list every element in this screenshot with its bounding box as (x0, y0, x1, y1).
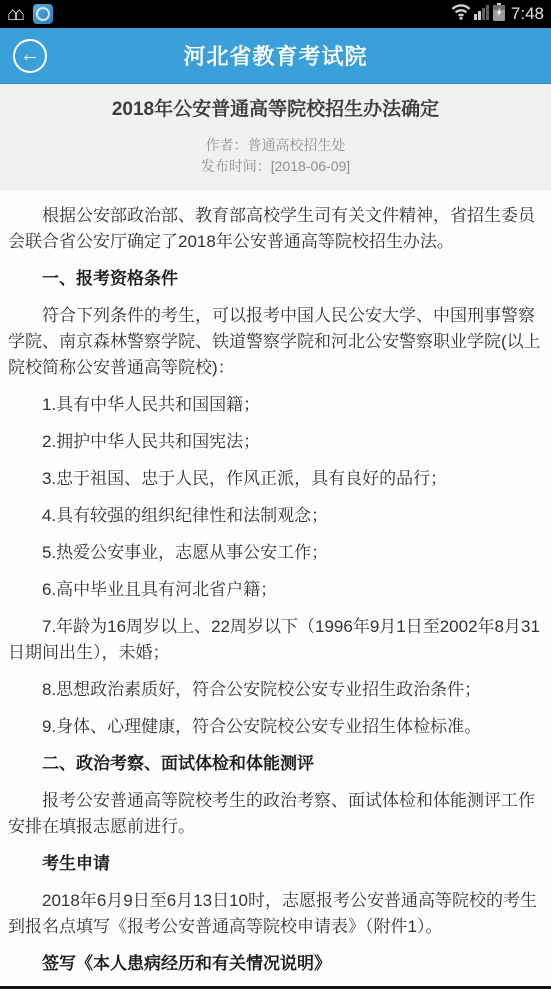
section-heading: 签写《本人患病经历和有关情况说明》 (8, 951, 543, 977)
clock: 7:48 (511, 4, 544, 24)
list-item: 6.高中毕业且具有河北省户籍； (8, 577, 543, 603)
nav-bar: ← 河北省教育考试院 (0, 28, 551, 84)
section-heading: 二、政治考察、面试体检和体能测评 (8, 751, 543, 777)
list-item: 8.思想政治素质好，符合公安院校公安专业招生政治条件； (8, 677, 543, 703)
wifi-icon (451, 3, 471, 25)
section-heading: 考生申请 (8, 851, 543, 877)
paragraph: 报考公安普通高等院校考生的政治考察、面试体检和体能测评工作安排在填报志愿前进行。 (8, 788, 543, 840)
phone-screen: ⌂⌂ (0, 0, 551, 989)
list-item: 5.热爱公安事业，志愿从事公安工作； (8, 540, 543, 566)
list-item: 9.身体、心理健康，符合公安院校公安专业招生体检标准。 (8, 714, 543, 740)
battery-charging-icon (493, 3, 505, 26)
back-button[interactable]: ← (13, 39, 47, 73)
paragraph: 符合下列条件的考生，可以报考中国人民公安大学、中国刑事警察学院、南京森林警察学院… (8, 303, 543, 381)
article-title: 2018年公安普通高等院校招生办法确定 (12, 97, 539, 122)
app-notification-icon (33, 4, 53, 24)
article-publish-time: 发布时间：[2018-06-09] (12, 156, 539, 177)
signal-icon (474, 3, 490, 25)
section-heading: 一、报考资格条件 (8, 266, 543, 292)
status-bar: ⌂⌂ (0, 0, 551, 28)
home-icon: ⌂⌂ (7, 5, 25, 24)
article-body[interactable]: 根据公安部政治部、教育部高校学生司有关文件精神，省招生委员会联合省公安厅确定了2… (0, 190, 551, 977)
back-arrow-icon: ← (20, 45, 40, 65)
list-item: 7.年龄为16周岁以上、22周岁以下（1996年9月1日至2002年8月31日期… (8, 614, 543, 666)
article-header: 2018年公安普通高等院校招生办法确定 作者：普通高校招生处 发布时间：[201… (0, 84, 551, 190)
status-bar-right: 7:48 (451, 3, 544, 26)
list-item: 3.忠于祖国、忠于人民，作风正派，具有良好的品行； (8, 466, 543, 492)
list-item: 1.具有中华人民共和国国籍； (8, 392, 543, 418)
paragraph: 2018年6月9日至6月13日10时，志愿报考公安普通高等院校的考生到报名点填写… (8, 888, 543, 940)
status-bar-left: ⌂⌂ (7, 4, 53, 24)
list-item: 2.拥护中华人民共和国宪法； (8, 429, 543, 455)
article-author: 作者：普通高校招生处 (12, 135, 539, 156)
list-item: 4.具有较强的组织纪律性和法制观念； (8, 503, 543, 529)
paragraph: 根据公安部政治部、教育部高校学生司有关文件精神，省招生委员会联合省公安厅确定了2… (8, 203, 543, 255)
page-title: 河北省教育考试院 (0, 40, 551, 71)
